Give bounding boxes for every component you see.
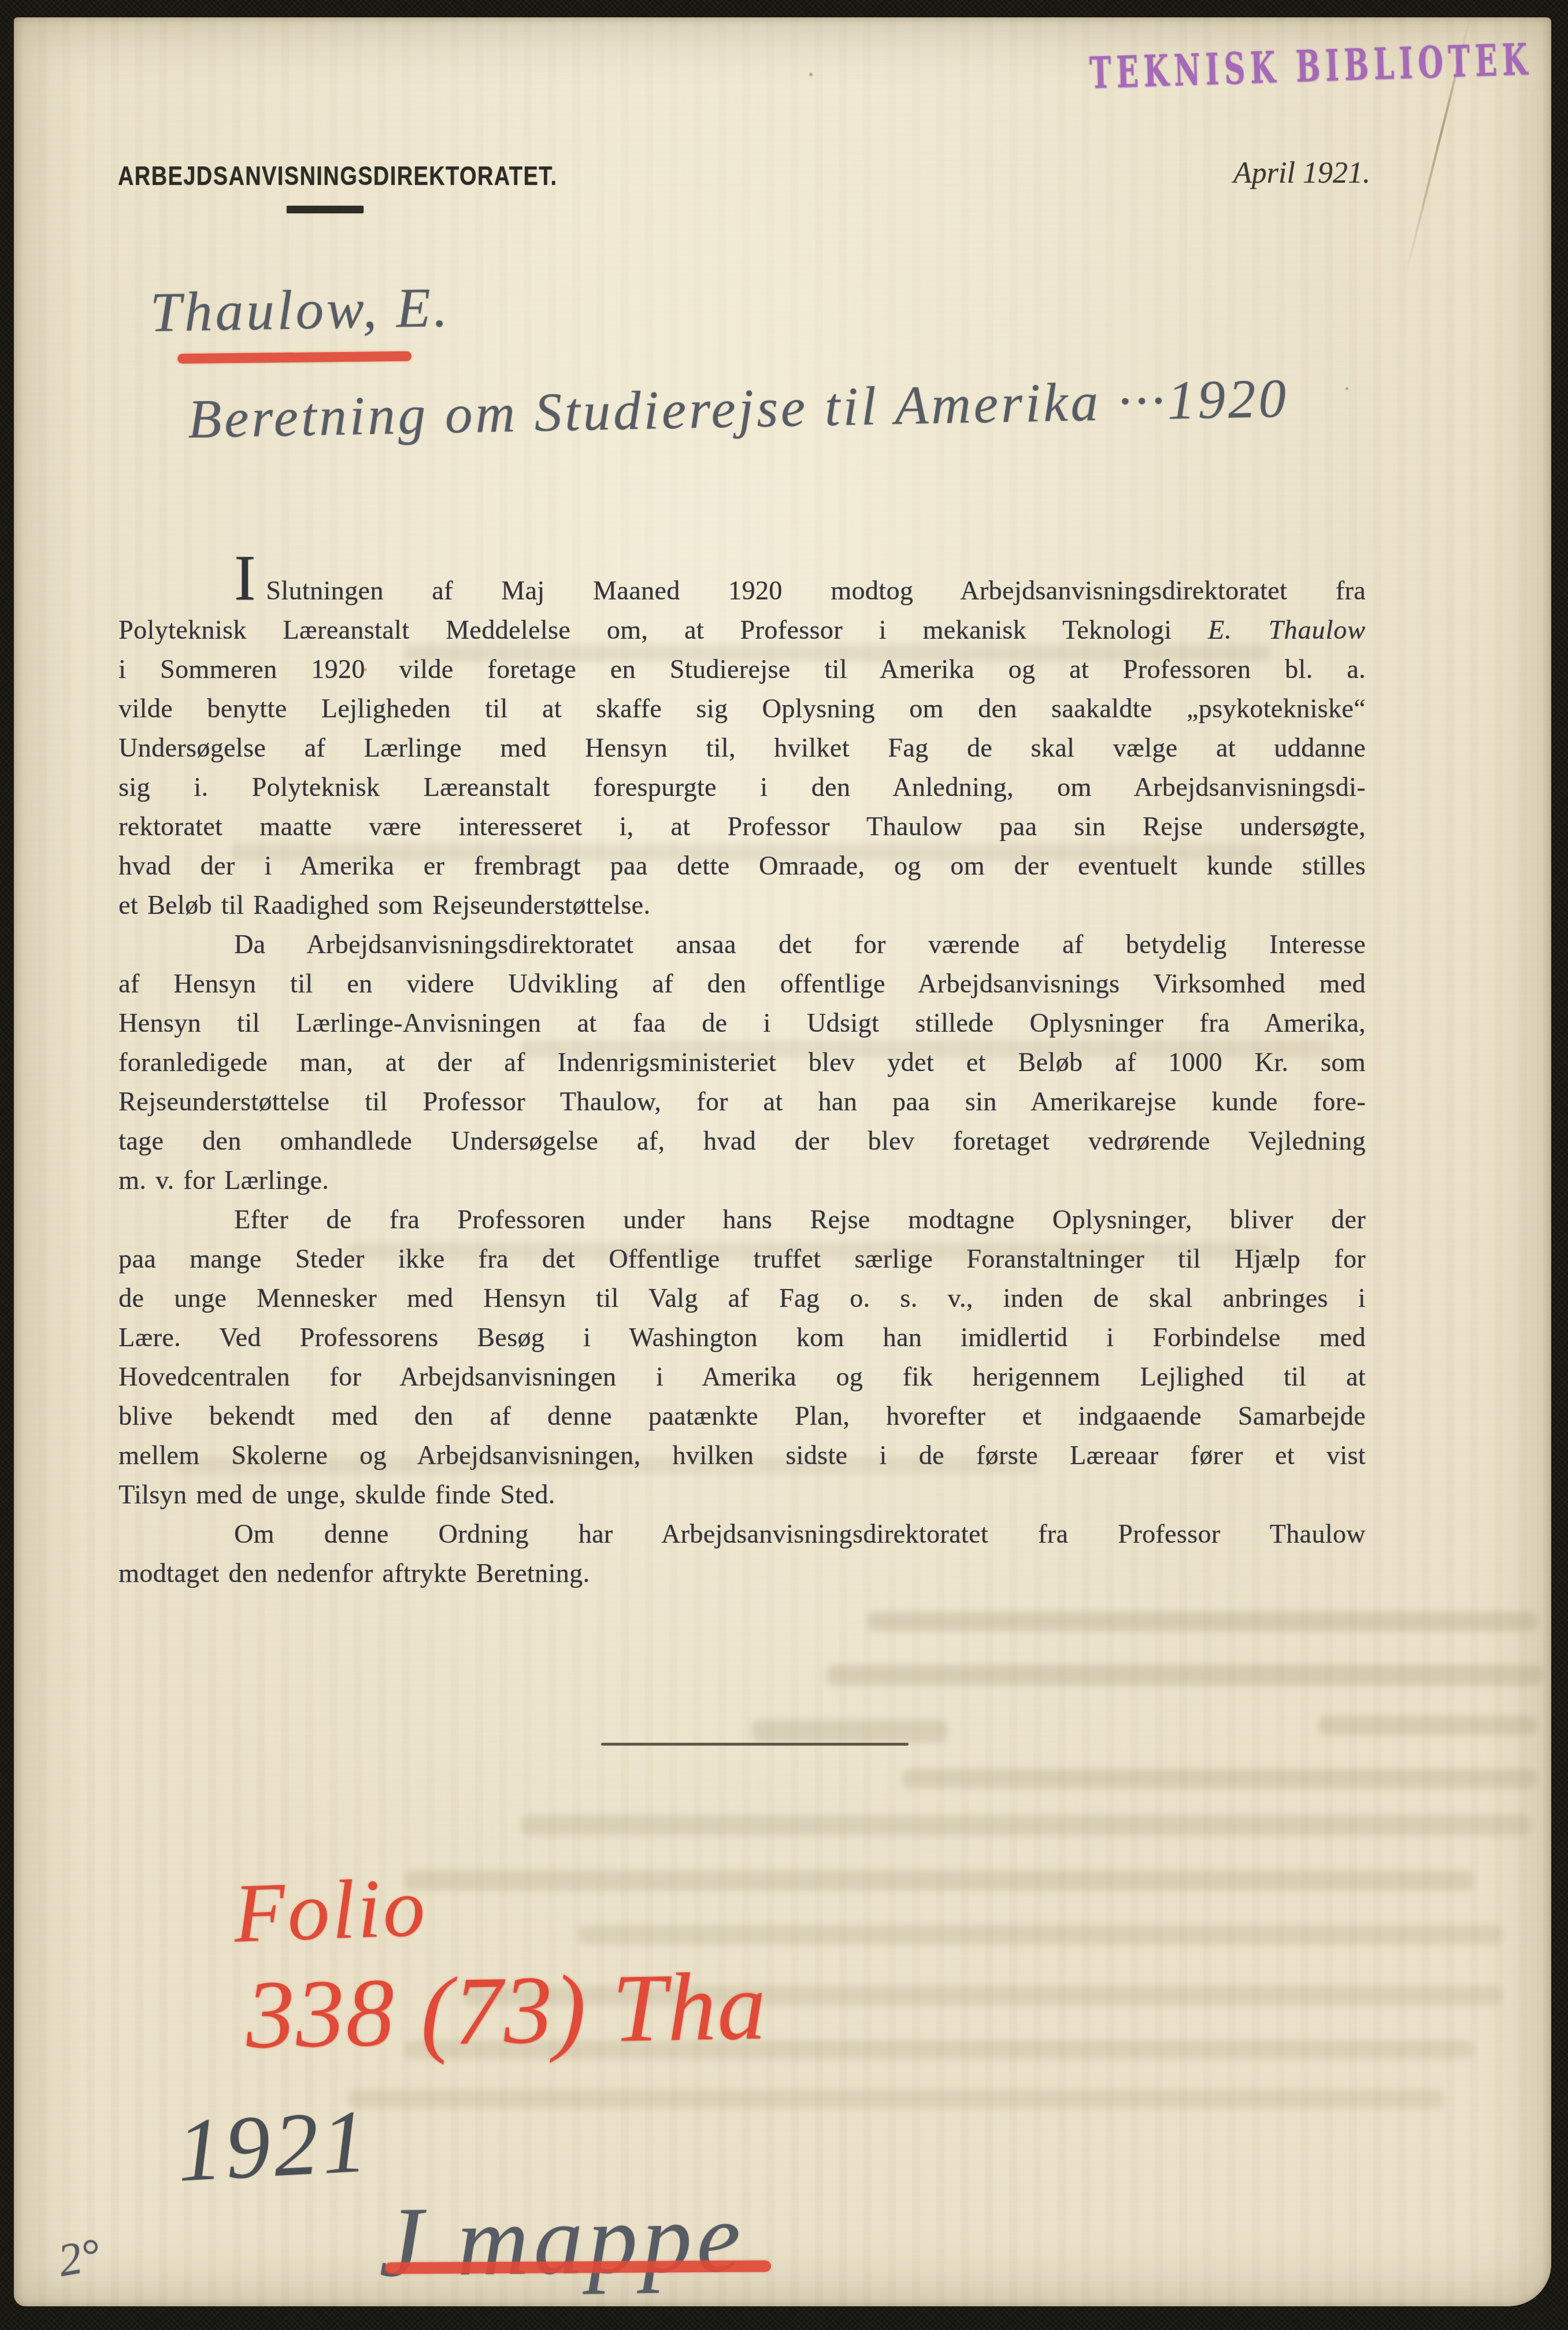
body-line: Rejseunderstøttelse til Professor Thaulo… — [118, 1082, 1366, 1121]
body-line: paa mange Steder ikke fra det Offentlige… — [118, 1239, 1366, 1279]
handwritten-format: Folio — [232, 1859, 429, 1962]
bleed-through-artifact — [751, 1720, 948, 1743]
letterhead-underline — [287, 206, 364, 213]
body-line: Da Arbejdsanvisningsdirektoratet ansaa d… — [118, 925, 1366, 964]
document-date: April 1921. — [1233, 156, 1370, 190]
body-line: tage den omhandlede Undersøgelse af, hva… — [118, 1121, 1366, 1161]
document-page: TEKNISK BIBLIOTEK ARBEJDSANVISNINGSDIREK… — [14, 17, 1551, 2306]
body-line: ISlutningen af Maj Maaned 1920 modtog Ar… — [118, 558, 1366, 610]
handwritten-size-mark: 2° — [54, 2228, 105, 2287]
bleed-through-artifact — [578, 1925, 1503, 1944]
bleed-through-artifact — [520, 1815, 1532, 1836]
bleed-through-artifact — [1318, 1716, 1537, 1735]
body-line: Hensyn til Lærlinge-Anvisningen at faa d… — [118, 1003, 1366, 1043]
handwritten-year: 1921 — [175, 2090, 373, 2203]
body-line: sig i. Polyteknisk Læreanstalt forespurg… — [118, 768, 1366, 807]
body-line: blive bekendt med den af denne paatænkte… — [118, 1396, 1366, 1436]
body-line: Tilsyn med de unge, skulde finde Sted. — [118, 1475, 1366, 1514]
library-stamp: TEKNISK BIBLIOTEK — [1089, 34, 1533, 99]
bleed-through-artifact — [902, 1769, 1537, 1788]
bleed-through-artifact — [826, 1665, 1543, 1686]
red-underline-author — [177, 351, 412, 364]
body-line: de unge Mennesker med Hensyn til Valg af… — [118, 1279, 1366, 1318]
letterhead-title: ARBEJDSANVISNINGSDIREKTORATET. — [118, 162, 558, 192]
body-line: Polyteknisk Læreanstalt Meddelelse om, a… — [118, 610, 1366, 650]
body-line: modtaget den nedenfor aftrykte Beretning… — [118, 1554, 1366, 1593]
body-line: rektoratet maatte være interesseret i, a… — [118, 807, 1366, 846]
red-underline-note — [385, 2261, 771, 2274]
bleed-through-artifact — [405, 1870, 1474, 1891]
body-line: Om denne Ordning har Arbejdsanvisningsdi… — [118, 1514, 1366, 1554]
body-line: mellem Skolerne og Arbejdsanvisningen, h… — [118, 1436, 1366, 1475]
body-text: ISlutningen af Maj Maaned 1920 modtog Ar… — [118, 558, 1366, 1593]
bleed-through-artifact — [347, 2090, 1445, 2108]
italic-name: E. Thaulow — [1208, 615, 1366, 644]
bleed-through-artifact — [867, 1612, 1537, 1631]
body-line: foranledigede man, at der af Indenrigsmi… — [118, 1043, 1366, 1082]
handwritten-title: Beretning om Studierejse til Amerika ···… — [187, 366, 1289, 451]
paper-speck — [1345, 387, 1348, 390]
body-line: et Beløb til Raadighed som Rejseunderstø… — [118, 886, 1366, 925]
body-line: Undersøgelse af Lærlinge med Hensyn til,… — [118, 728, 1366, 768]
scanned-document: TEKNISK BIBLIOTEK ARBEJDSANVISNINGSDIREK… — [0, 0, 1568, 2330]
body-line: Lære. Ved Professorens Besøg i Washingto… — [118, 1318, 1366, 1357]
paper-speck — [809, 73, 813, 76]
body-line: af Hensyn til en videre Udvikling af den… — [118, 964, 1366, 1003]
body-line: vilde benytte Lejligheden til at skaffe … — [118, 689, 1366, 728]
handwritten-note: J mappe — [378, 2181, 746, 2300]
body-line: Hovedcentralen for Arbejdsanvisningen i … — [118, 1357, 1366, 1396]
body-line: i Sommeren 1920 vilde foretage en Studie… — [118, 650, 1366, 689]
body-line: m. v. for Lærlinge. — [118, 1161, 1366, 1200]
body-line: Efter de fra Professoren under hans Rejs… — [118, 1200, 1366, 1239]
dropcap-initial: I — [234, 542, 255, 614]
section-divider-rule — [601, 1743, 909, 1746]
handwritten-author: Thaulow, E. — [150, 275, 451, 345]
handwritten-shelfmark: 338 (73) Tha — [245, 1950, 768, 2071]
body-line: hvad der i Amerika er frembragt paa dett… — [118, 846, 1366, 886]
